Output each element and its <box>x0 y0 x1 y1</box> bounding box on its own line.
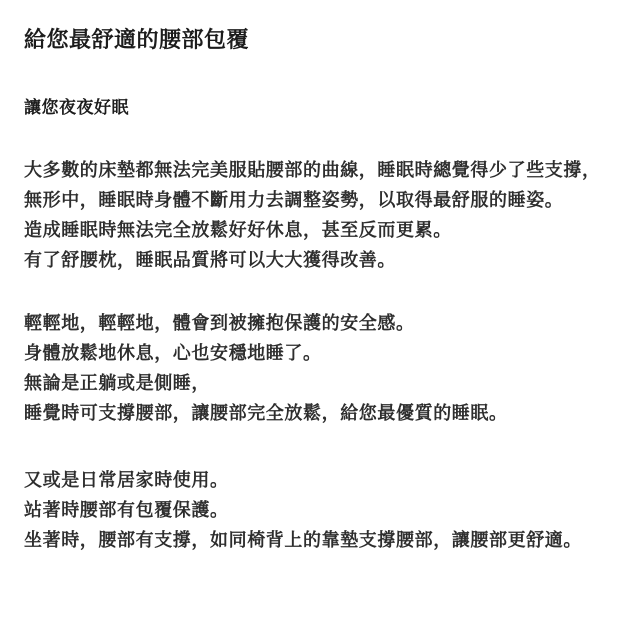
paragraph-mattress-problem: 大多數的床墊都無法完美服貼腰部的曲線，睡眠時總覺得少了些支撐， 無形中，睡眠時身… <box>24 155 626 275</box>
paragraph-sleep-comfort: 輕輕地，輕輕地，體會到被擁抱保護的安全感。 身體放鬆地休息，心也安穩地睡了。 無… <box>24 308 626 428</box>
paragraph-daily-use: 又或是日常居家時使用。 站著時腰部有包覆保護。 坐著時，腰部有支撐，如同椅背上的… <box>24 465 626 555</box>
product-description-page: 給您最舒適的腰部包覆 讓您夜夜好眠 大多數的床墊都無法完美服貼腰部的曲線，睡眠時… <box>0 0 640 640</box>
page-subtitle: 讓您夜夜好眠 <box>24 98 622 118</box>
page-title: 給您最舒適的腰部包覆 <box>24 27 622 52</box>
